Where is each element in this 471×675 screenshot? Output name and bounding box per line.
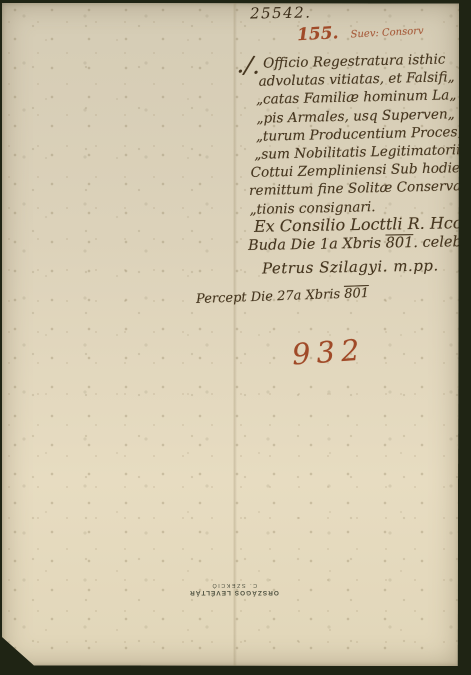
body-text: Officio Regestratura isthic advolutas vi… xyxy=(246,50,471,219)
signature: Petrus Szilagyi. m.pp. xyxy=(262,256,439,277)
archive-number: 25542. xyxy=(250,3,312,22)
red-header-annotation: 155. Suev: Consorv xyxy=(297,19,424,46)
archive-stamp: ORSZÁGOS LEVÉLTÁR C. SZEKCIÓ xyxy=(183,582,285,596)
receipt-note-pre: Percept Die 27a Xbris xyxy=(196,287,345,307)
archive-stamp-title: ORSZÁGOS LEVÉLTÁR xyxy=(183,589,285,596)
red-header-number: 155. xyxy=(297,23,339,45)
closing-date-post: . celebr. xyxy=(413,234,471,251)
archive-stamp-section: C. SZEKCIÓ xyxy=(183,582,285,588)
red-header-note: Suev: Consorv xyxy=(350,26,424,41)
closing-council-line: Ex Consilio Locttli R. Hco xyxy=(254,213,463,236)
scan-background: 25542. 155. Suev: Consorv ./. Officio Re… xyxy=(0,0,471,675)
fold-crease xyxy=(233,3,237,666)
receipt-note-year: 801 xyxy=(344,286,369,302)
closing-date-year: 801 xyxy=(386,235,414,251)
red-folio-number: 932 xyxy=(291,332,367,371)
receipt-note: Percept Die 27a Xbris 801 xyxy=(196,286,370,307)
closing-date-pre: Buda Die 1a Xbris xyxy=(248,236,386,254)
document-page: 25542. 155. Suev: Consorv ./. Officio Re… xyxy=(2,3,459,666)
closing-date-line: Buda Die 1a Xbris 801. celebr. xyxy=(248,234,471,254)
